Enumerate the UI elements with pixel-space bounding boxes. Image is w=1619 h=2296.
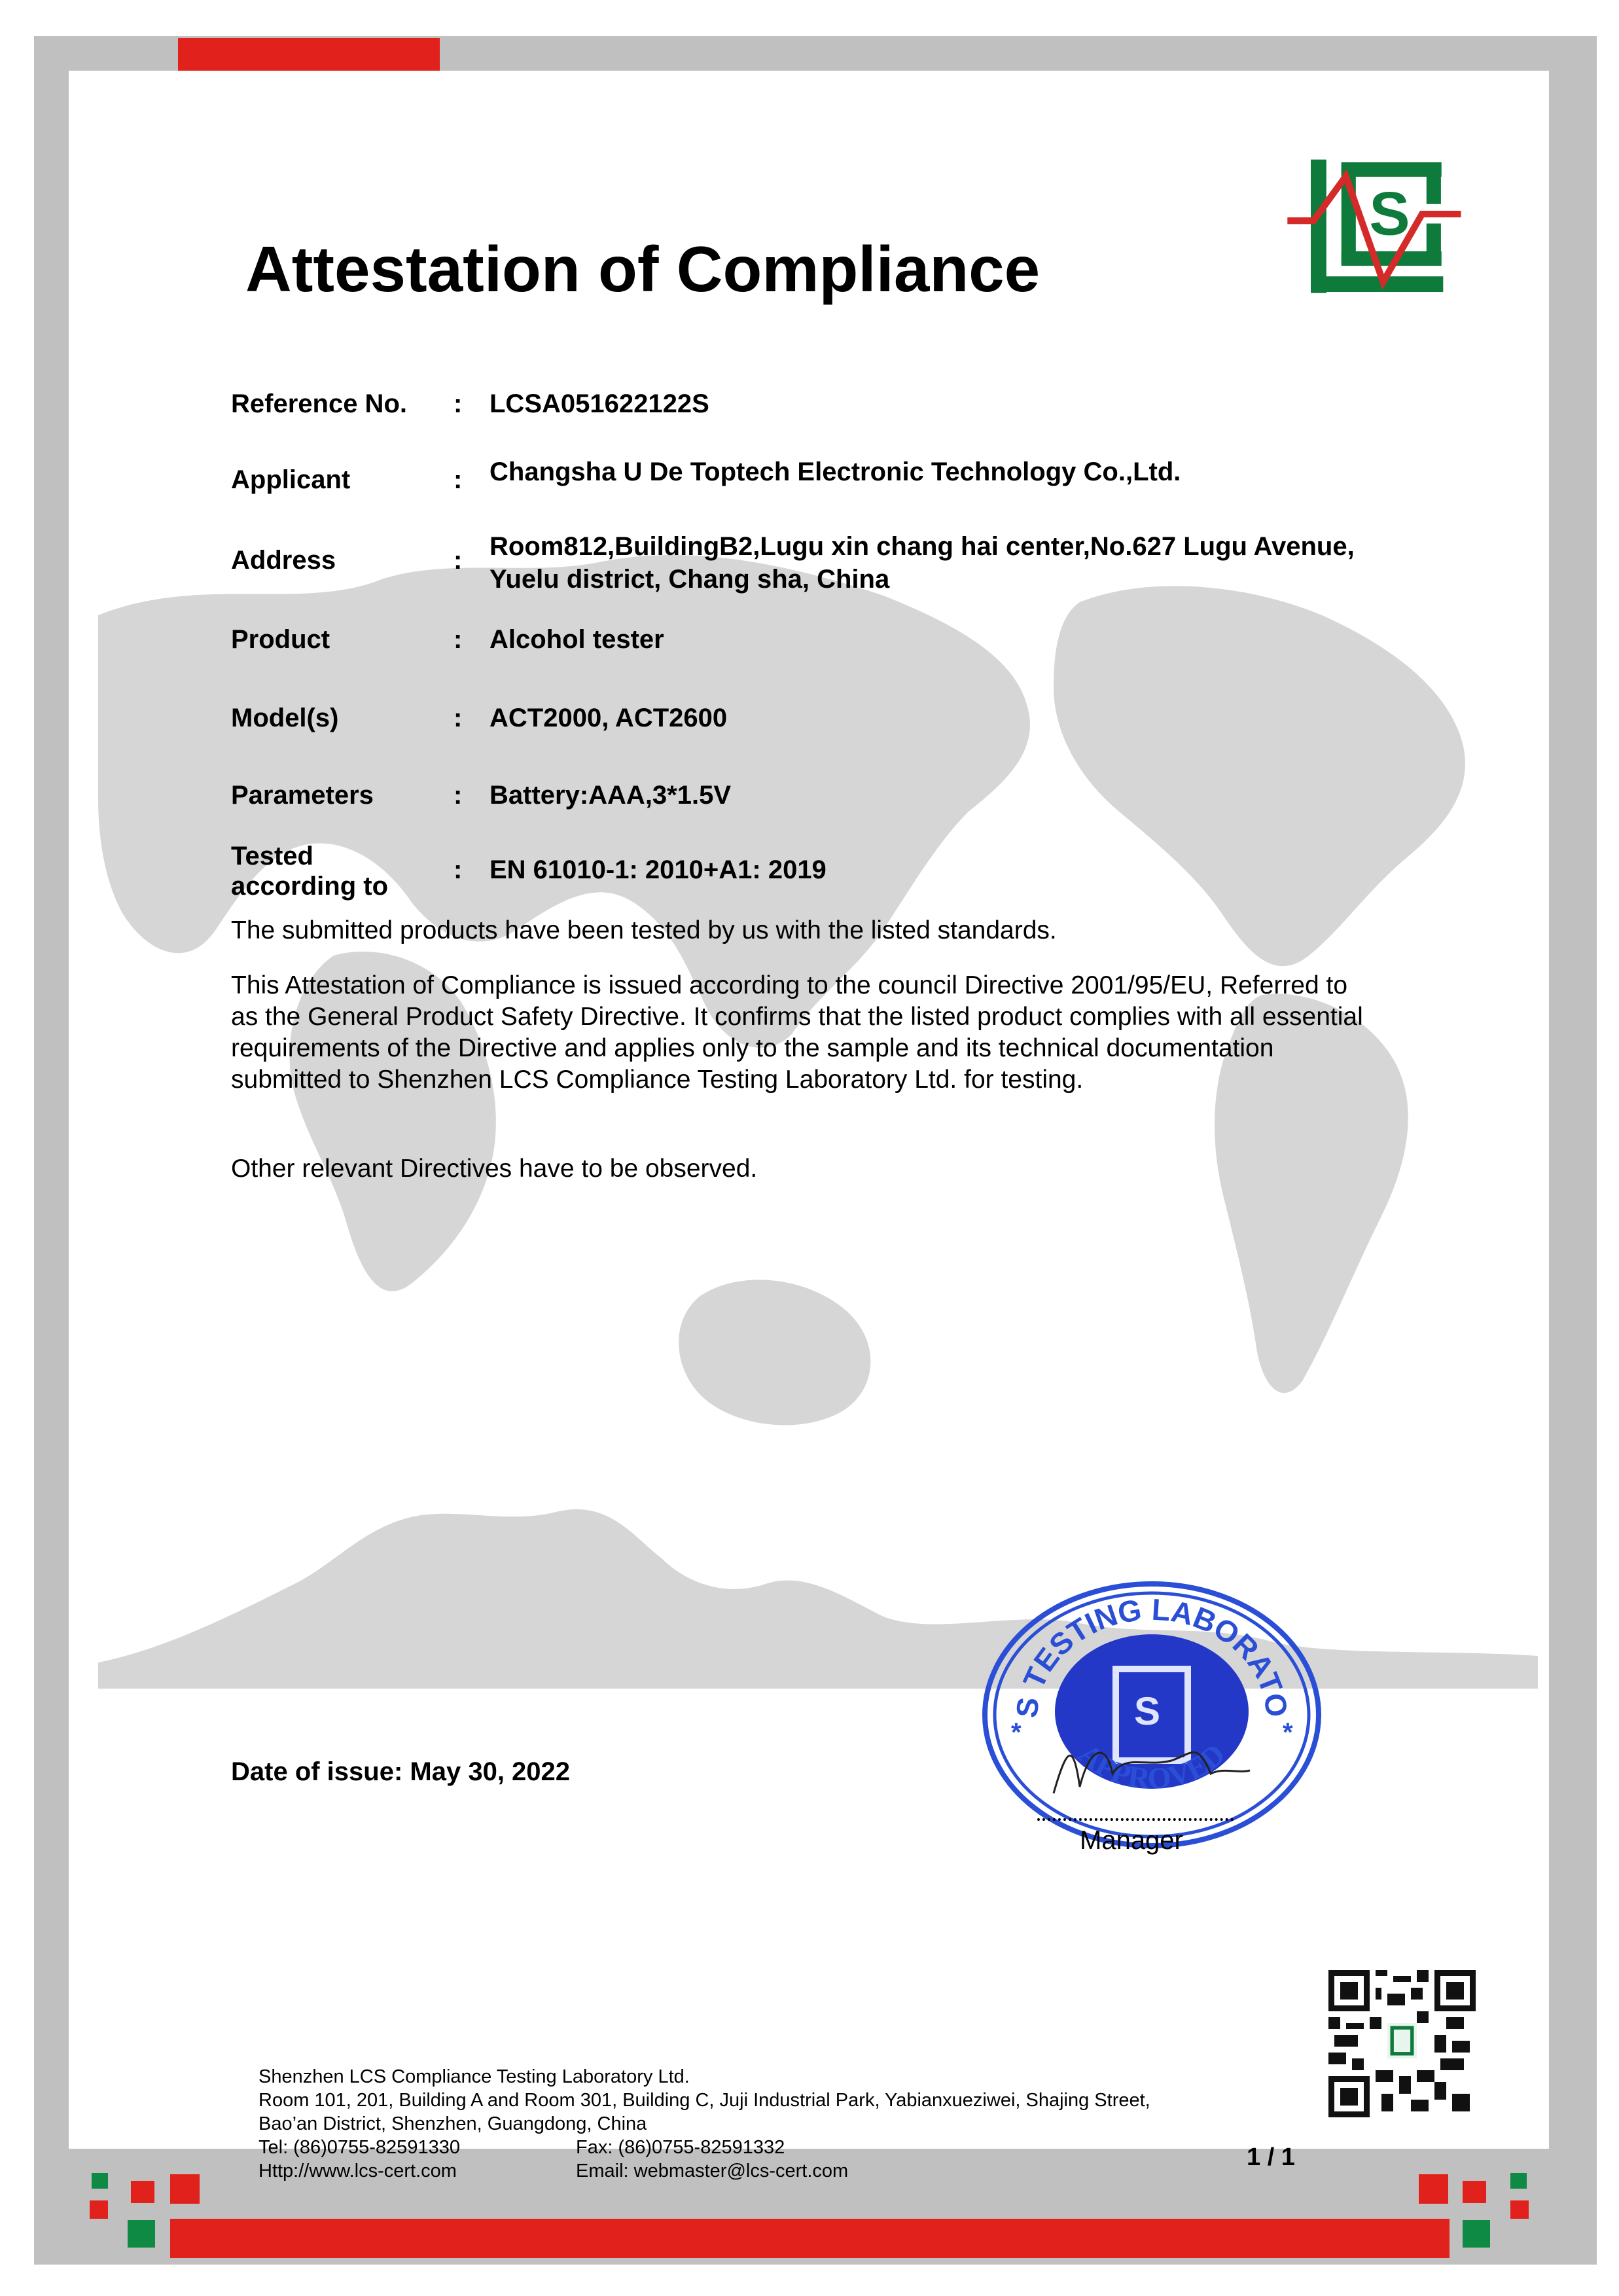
decor-square (131, 2181, 154, 2203)
field-product: Product : Alcohol tester (231, 625, 1383, 655)
decor-square (1463, 2181, 1486, 2203)
field-separator: : (454, 781, 489, 810)
footer-contact: Shenzhen LCS Compliance Testing Laborato… (258, 2065, 1266, 2183)
footer-tel: Tel: (86)0755-82591330 (258, 2136, 576, 2159)
decor-square (128, 2220, 155, 2248)
qr-code-icon[interactable] (1328, 1970, 1476, 2117)
field-label: Parameters (231, 781, 454, 810)
field-separator: : (454, 455, 489, 495)
field-tested-according-to: Tested according to : EN 61010-1: 2010+A… (231, 841, 1383, 901)
footer-company: Shenzhen LCS Compliance Testing Laborato… (258, 2065, 1266, 2089)
field-value: Changsha U De Toptech Electronic Technol… (489, 455, 1383, 495)
field-models: Model(s) : ACT2000, ACT2600 (231, 704, 1383, 733)
footer-website-link[interactable]: Http://www.lcs-cert.com (258, 2159, 576, 2183)
decor-square (1463, 2220, 1490, 2248)
field-label: Product (231, 625, 454, 655)
field-label: Address (231, 530, 454, 596)
top-decor-bar (178, 38, 440, 71)
field-value: ACT2000, ACT2600 (489, 704, 1383, 733)
svg-text:S: S (1369, 179, 1410, 248)
field-value: Alcohol tester (489, 625, 1383, 655)
signatory-role: Manager (1080, 1826, 1183, 1856)
svg-text:*: * (1283, 1718, 1293, 1747)
field-separator: : (454, 530, 489, 596)
field-value: LCSA051622122S (489, 389, 1383, 419)
footer-email-link[interactable]: Email: webmaster@lcs-cert.com (576, 2159, 848, 2183)
field-value: EN 61010-1: 2010+A1: 2019 (489, 841, 1383, 901)
field-value: Battery:AAA,3*1.5V (489, 781, 1383, 810)
field-parameters: Parameters : Battery:AAA,3*1.5V (231, 781, 1383, 810)
statement-directive: This Attestation of Compliance is issued… (231, 970, 1363, 1096)
field-separator: : (454, 704, 489, 733)
signature-line (1037, 1818, 1234, 1821)
approved-stamp: S LCS TESTING LABORATORY APPROVED * * (975, 1577, 1328, 1852)
decor-square (1419, 2174, 1448, 2204)
decor-square (1510, 2173, 1527, 2189)
decor-square (1510, 2200, 1529, 2219)
decor-square (92, 2173, 108, 2189)
footer-address-line2: Bao’an District, Shenzhen, Guangdong, Ch… (258, 2112, 1266, 2136)
svg-text:S: S (1134, 1689, 1160, 1733)
field-label: Reference No. (231, 389, 454, 419)
bottom-decor-bar (170, 2219, 1450, 2258)
field-address: Address : Room812,BuildingB2,Lugu xin ch… (231, 530, 1383, 596)
footer-address-line1: Room 101, 201, Building A and Room 301, … (258, 2089, 1266, 2112)
page-number: 1 / 1 (1247, 2144, 1295, 2172)
decor-square (170, 2174, 200, 2204)
lcs-logo-icon: S (1266, 144, 1489, 314)
statement-other-directives: Other relevant Directives have to be obs… (231, 1153, 1383, 1185)
field-label: Model(s) (231, 704, 454, 733)
footer-fax: Fax: (86)0755-82591332 (576, 2136, 785, 2159)
field-label: Applicant (231, 455, 454, 495)
field-applicant: Applicant : Changsha U De Toptech Electr… (231, 455, 1383, 495)
field-value: Room812,BuildingB2,Lugu xin chang hai ce… (489, 530, 1383, 596)
statement-tested: The submitted products have been tested … (231, 915, 1383, 946)
date-of-issue: Date of issue: May 30, 2022 (231, 1757, 570, 1787)
field-separator: : (454, 389, 489, 419)
document-title: Attestation of Compliance (245, 232, 1040, 306)
svg-text:*: * (1011, 1718, 1022, 1747)
decor-square (90, 2200, 108, 2219)
field-separator: : (454, 625, 489, 655)
field-reference-no: Reference No. : LCSA051622122S (231, 389, 1383, 419)
field-separator: : (454, 841, 489, 901)
field-label: Tested according to (231, 841, 414, 901)
